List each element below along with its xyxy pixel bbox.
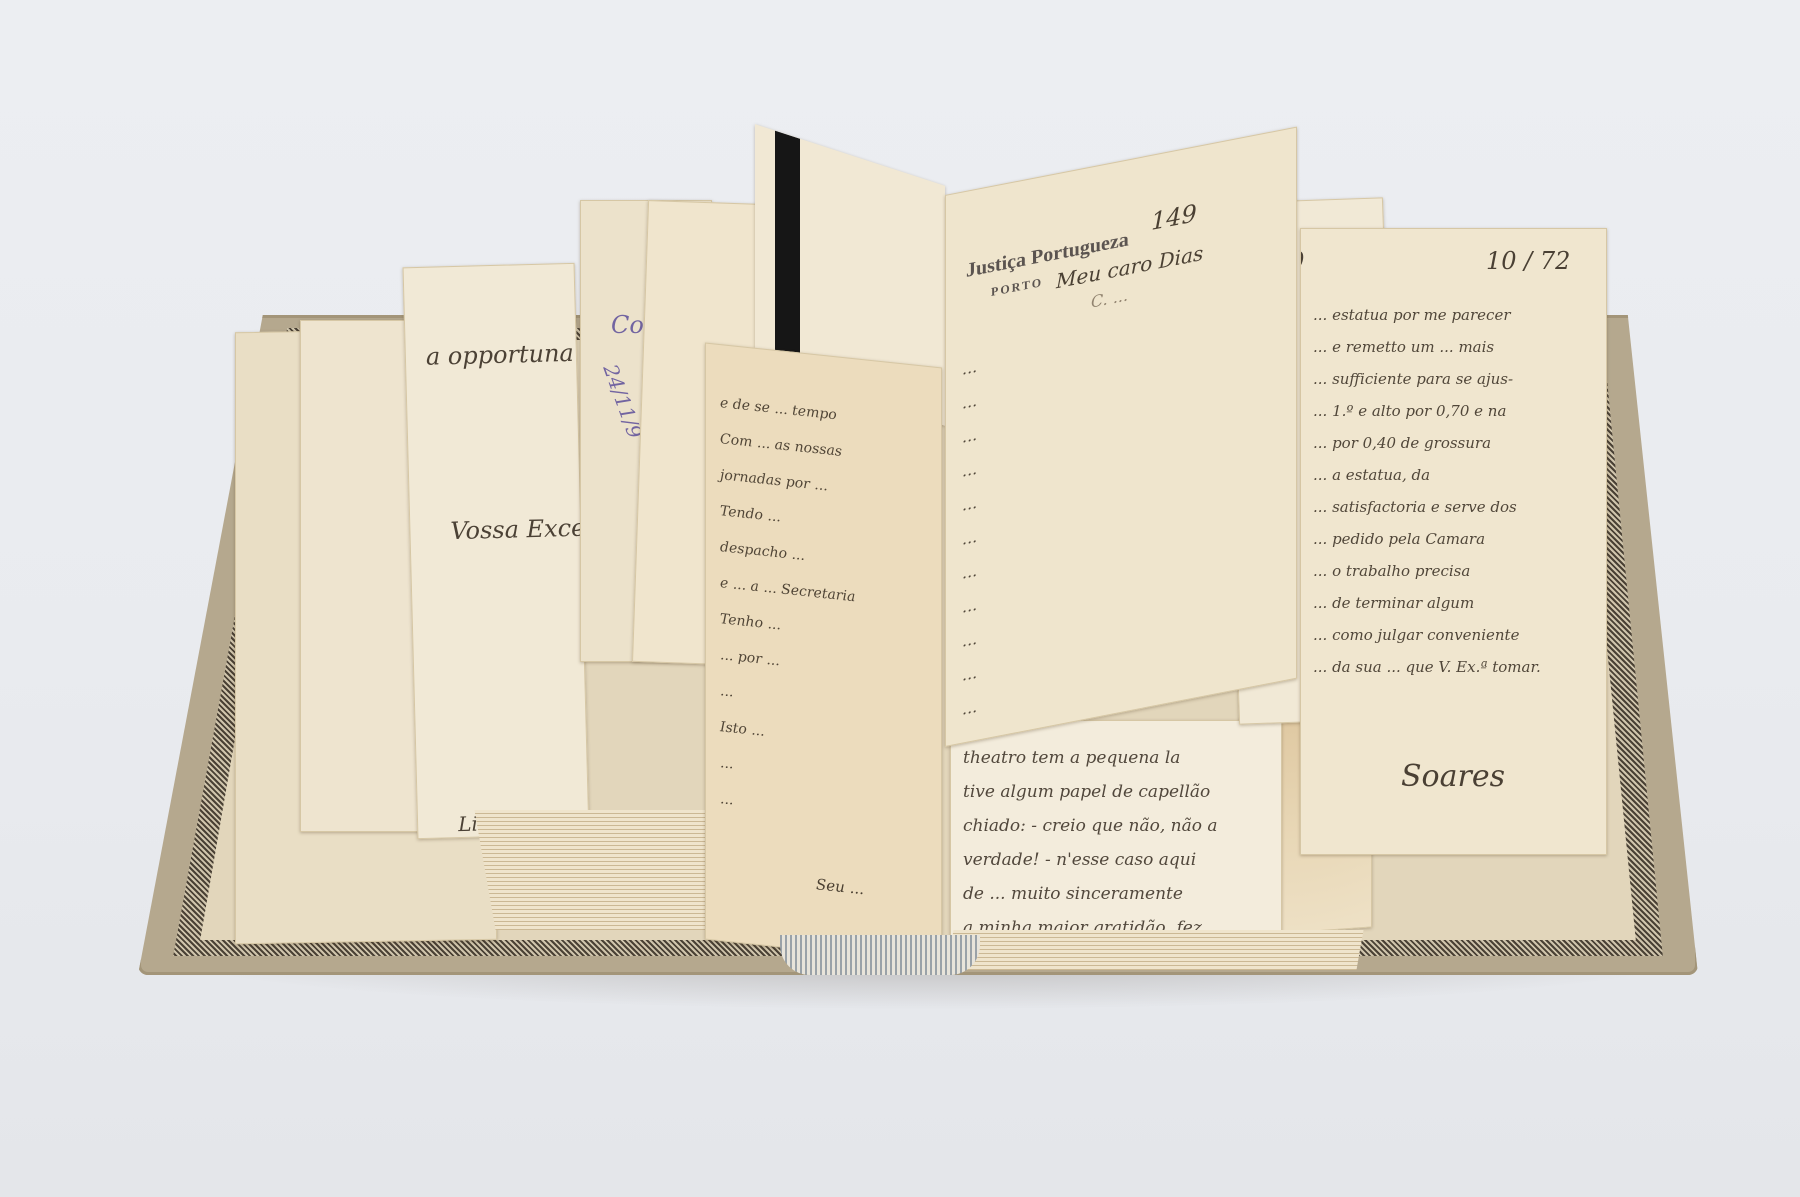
text-line: verdade! - n'esse caso aqui [963,843,1218,877]
text-line: ... [962,418,977,455]
text-line: ... 1.º e alto por 0,70 e na [1313,395,1541,427]
text-line: ... por 0,40 de grossura [1313,427,1541,459]
text-line: ... pedido pela Camara [1313,523,1541,555]
text-line: ... e remetto um ... mais [1313,331,1541,363]
center-right-lines: ... ... ... ... ... ... ... ... ... ... … [962,350,977,727]
text-line: tive algum papel de capellão [963,775,1218,809]
lower-slip: theatro tem a pequena la tive algum pape… [950,720,1282,952]
text-line: ... a estatua, da [1313,459,1541,491]
letterhead-city: PORTO [991,275,1043,300]
text-line: ... da sua ... que V. Ex.ª tomar. [1313,651,1541,683]
violet-letter-1: Co [611,311,644,339]
text-line: ... [962,486,977,523]
right-letter-lines: ... estatua por me parecer ... e remetto… [1313,299,1541,683]
date-fragment: ... /30 [1300,249,1304,274]
text-line: ... [962,452,977,489]
pencil-note: C. ... [1091,285,1128,311]
text-line: ... [962,588,977,625]
text-line: ... [962,554,977,591]
left-letter-heading: a opportuna [426,339,575,371]
right-letter: ... /30 10 / 72 ... estatua por me parec… [1300,228,1607,855]
text-line: ... [962,690,977,727]
text-line: ... [962,350,977,387]
black-border [775,131,800,379]
text-line: ... [962,656,977,693]
lower-slip-lines: theatro tem a pequena la tive algum pape… [963,741,1218,945]
left-letter-opportuna: a opportuna Vossa Excellencia Lisboa 15 [403,263,590,839]
text-line: ... estatua por me parecer [1313,299,1541,331]
text-line: ... [962,622,977,659]
text-line: ... [962,520,977,557]
text-line: chiado: - creio que não, não a [963,809,1218,843]
book-spine [780,935,980,975]
text-line: ... [962,384,977,421]
text-line: ... de terminar algum [1313,587,1541,619]
text-line: ... satisfactoria e serve dos [1313,491,1541,523]
center-left-lines: e de se ... tempo Com ... as nossas jorn… [720,385,855,831]
left-page-edges [474,810,735,930]
right-signature: Soares [1401,759,1505,794]
center-right-letter: Justiça Portugueza PORTO 149 Meu caro Di… [945,127,1297,747]
right-page-number: 10 / 72 [1486,247,1570,275]
right-page-edges [946,930,1363,970]
text-line: theatro tem a pequena la [963,741,1218,775]
center-left-closing: Seu ... [816,875,864,898]
text-line: de ... muito sinceramente [963,877,1218,911]
text-line: ... o trabalho precisa [1313,555,1541,587]
text-line: ... como julgar conveniente [1313,619,1541,651]
left-letter-body: Vossa Excellencia [450,512,589,546]
center-left-letter: e de se ... tempo Com ... as nossas jorn… [705,343,942,965]
photo-scene: a opportuna Vossa Excellencia Lisboa 15 … [0,0,1800,1197]
text-line: ... sufficiente para se ajus- [1313,363,1541,395]
page-number-149: 149 [1151,199,1197,236]
